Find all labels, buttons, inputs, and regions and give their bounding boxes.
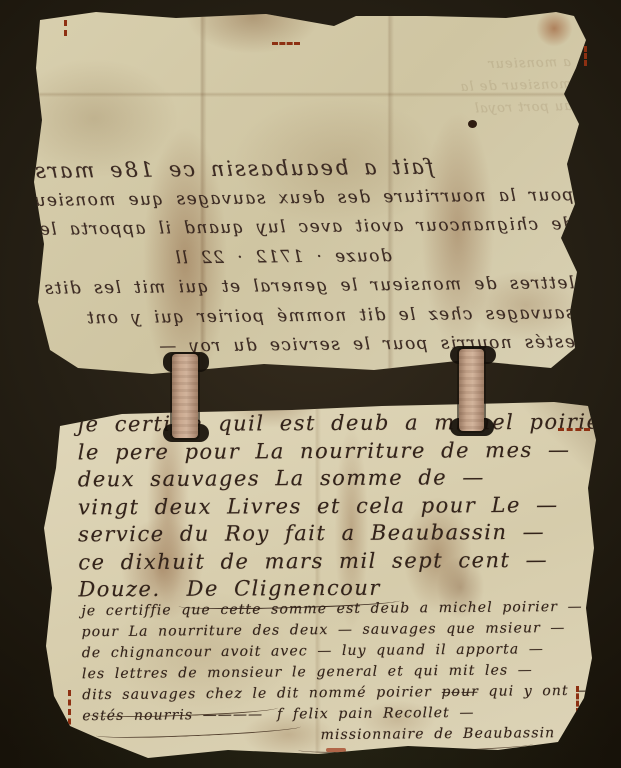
- faint-bleedthrough-block: a monsieur monsieur de la au port royal: [332, 51, 572, 123]
- ink-blot: [468, 120, 477, 128]
- attestation-paragraph: je certiffie que cette somme est deub a …: [81, 597, 594, 748]
- manuscript-line: ce dixhuit de mars mil sept cent —: [78, 546, 590, 576]
- manuscript-sheet-bottom: je certifie quil est deub a michel poiri…: [30, 396, 604, 764]
- certificate-paragraph: je certifie quil est deub a michel poiri…: [77, 409, 590, 604]
- red-registrar-mark: [272, 42, 300, 45]
- red-registrar-mark: [576, 686, 579, 714]
- manuscript-line: dits sauvages chez le dit nommé poirier …: [82, 681, 594, 706]
- red-registrar-mark: [68, 690, 71, 734]
- mirrored-script-line: de chignancour avoit avec luy quand il a…: [38, 210, 574, 245]
- manuscript-line: vingt deux Livres et cela pour Le —: [78, 491, 590, 521]
- manuscript-line: je certifie quil est deub a michel poiri…: [77, 409, 589, 439]
- paper-strap-right: [459, 349, 484, 431]
- manuscript-line: deux sauvages La somme de —: [78, 464, 590, 494]
- red-registrar-mark: [584, 46, 587, 66]
- manuscript-sheet-top: a monsieur monsieur de la au port royal …: [26, 6, 594, 380]
- manuscript-line: service du Roy fait a Beaubassin —: [78, 519, 590, 549]
- date-word: Douze.: [78, 577, 160, 601]
- red-ink-smear: [326, 748, 346, 752]
- signature-felix-pain: f felix pain Recollet —: [277, 703, 475, 726]
- manuscript-line: le pere pour La nourriture de mes —: [78, 436, 590, 466]
- mirrored-bleedthrough-block: fait a beaubassin ce 18e mars pour la no…: [37, 151, 575, 363]
- photo-dark-background: a monsieur monsieur de la au port royal …: [0, 0, 621, 768]
- paper-strap-left: [172, 354, 198, 438]
- red-registrar-mark: [558, 428, 590, 431]
- red-registrar-mark: [64, 20, 67, 36]
